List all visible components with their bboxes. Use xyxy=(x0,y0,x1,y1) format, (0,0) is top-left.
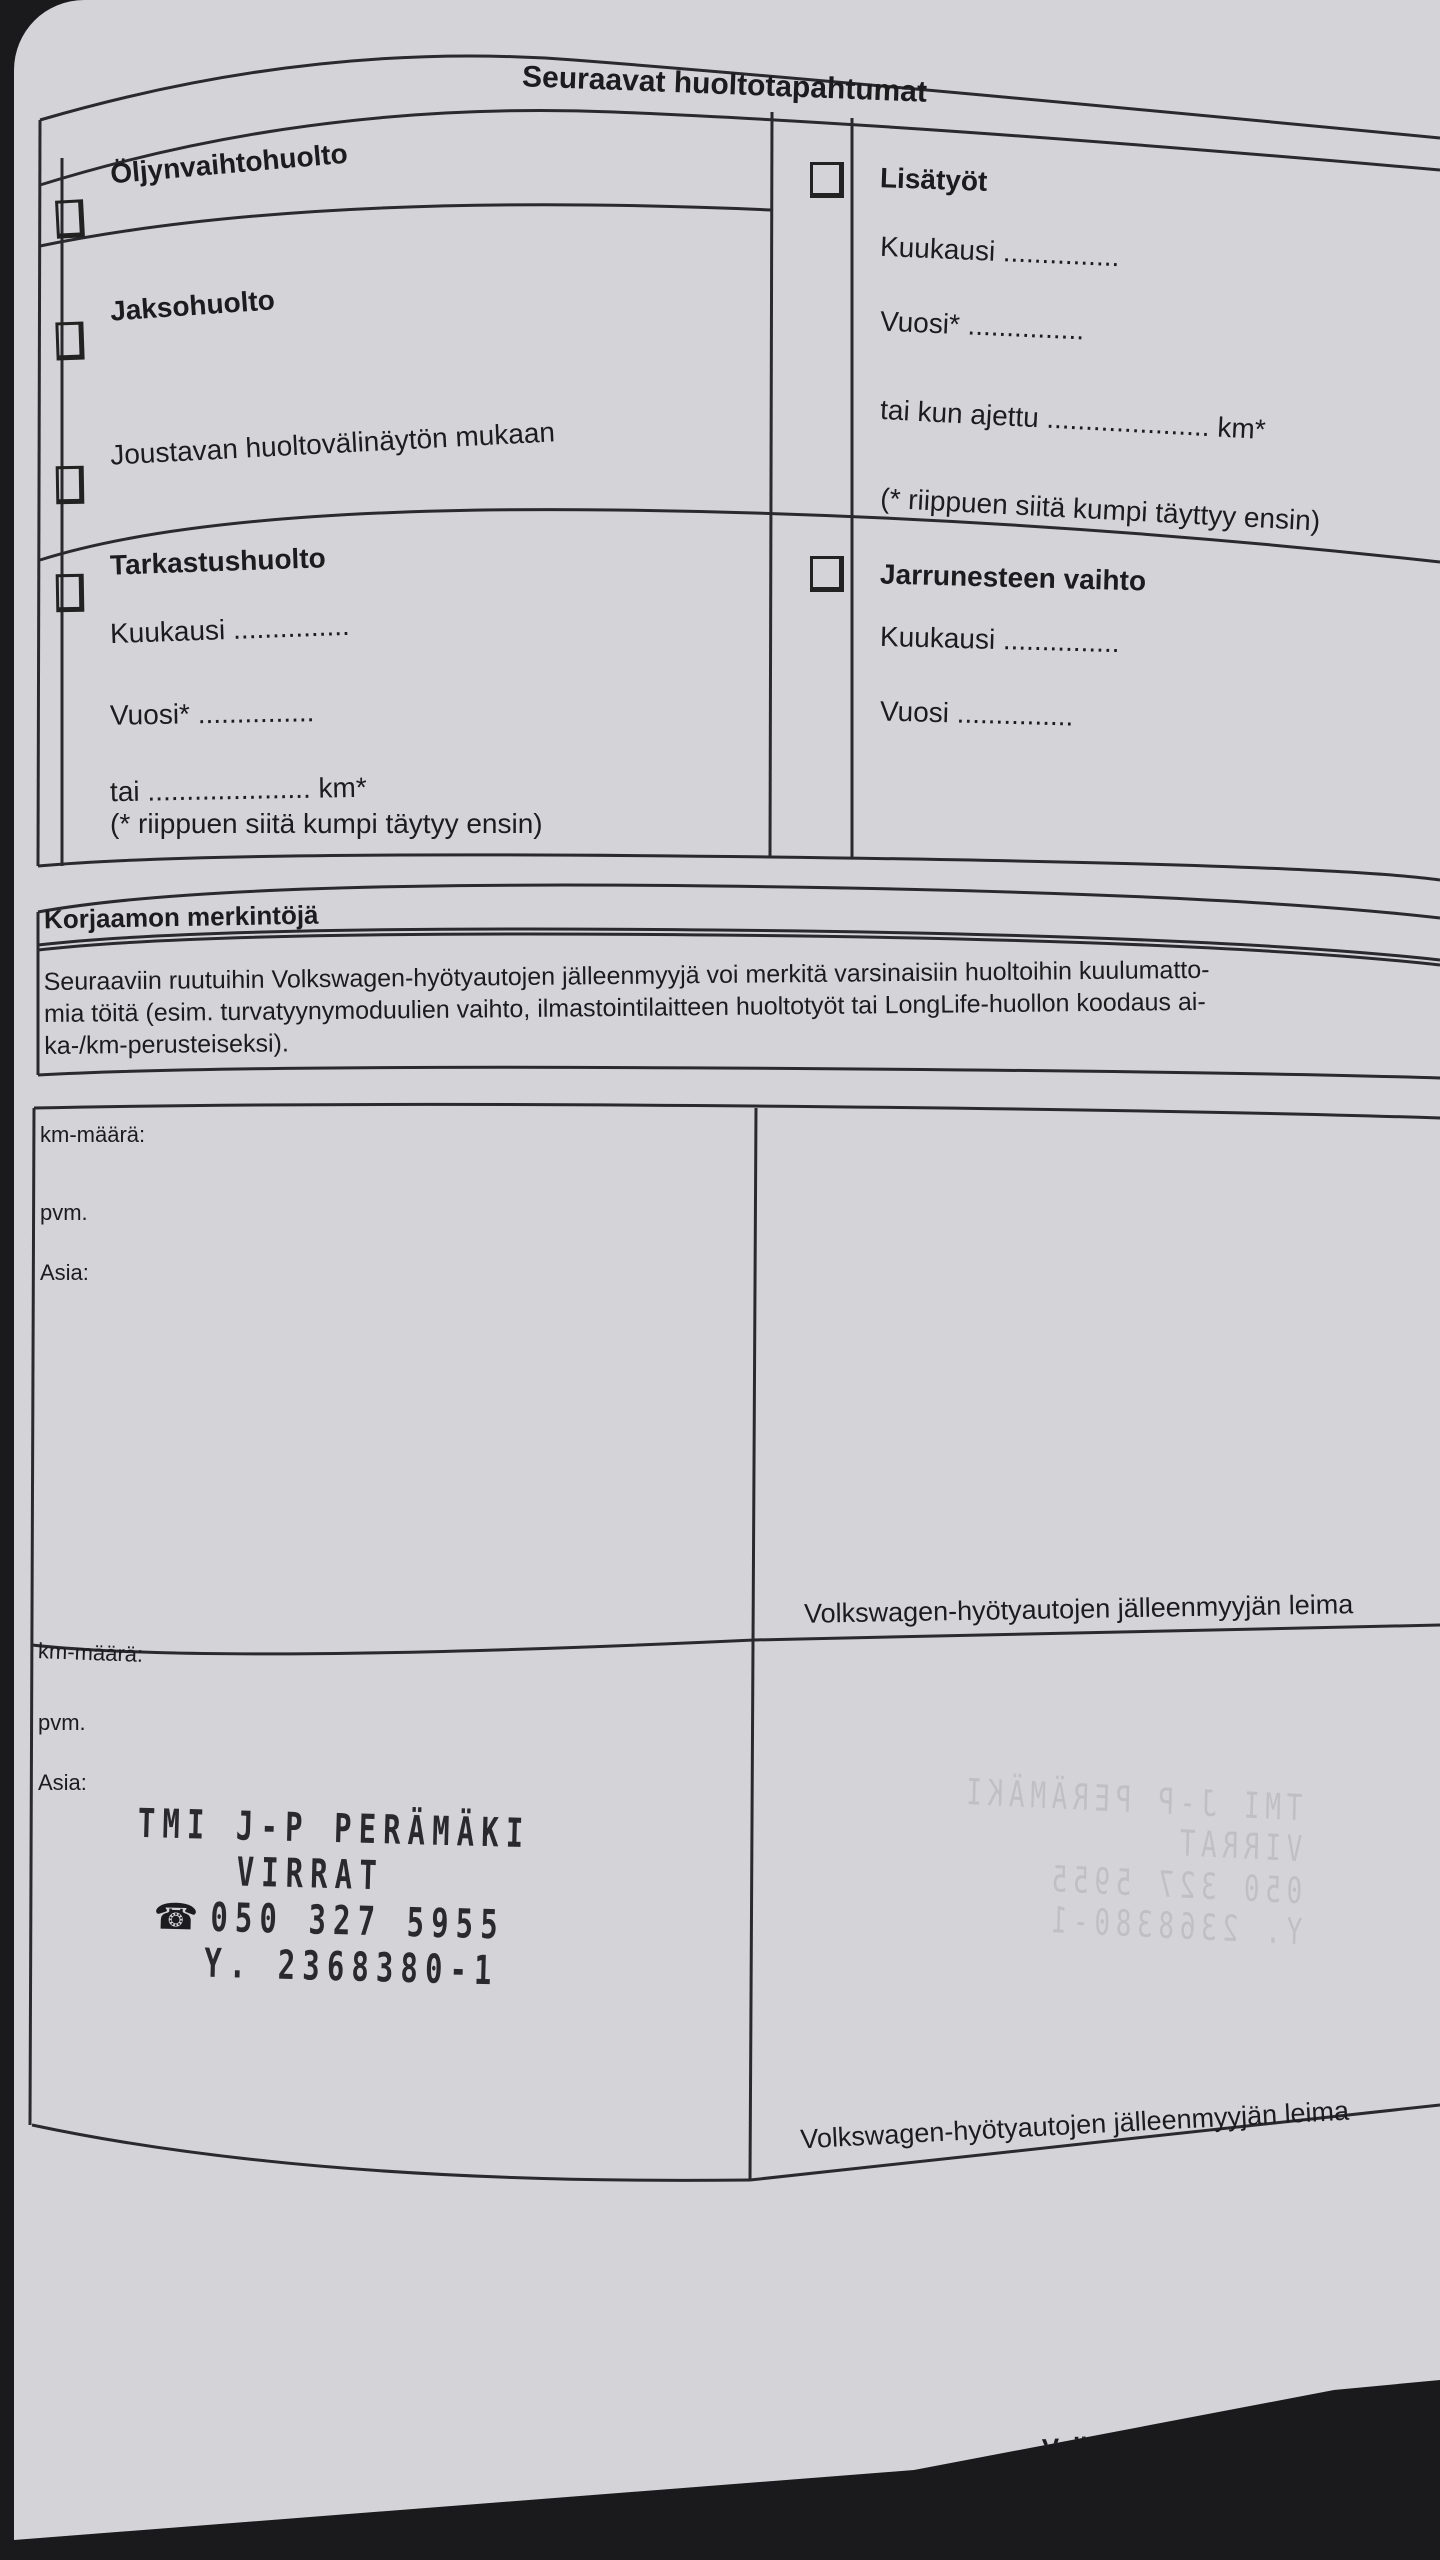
entry-1-date-label: pvm. xyxy=(40,1200,88,1226)
brake-fluid-checkbox[interactable] xyxy=(810,556,844,592)
brake-fluid-year-field[interactable]: Vuosi ............... xyxy=(880,695,1074,732)
telephone-icon: ☎ xyxy=(153,1895,199,1938)
inspection-year-field[interactable]: Vuosi* ............... xyxy=(110,696,315,732)
extra-work-title: Lisätyöt xyxy=(879,162,987,198)
flexible-service-checkbox[interactable] xyxy=(56,466,85,504)
inspection-checkbox[interactable] xyxy=(56,574,85,612)
bleed-through-stamp: TMI J-P PERÄMÄKI VIRRAT 050 327 5955 Y. … xyxy=(894,1780,1369,1946)
workshop-notes-title: Korjaamon merkintöjä xyxy=(44,900,319,936)
entry-2-subject-label: Asia: xyxy=(38,1770,87,1796)
stamp-phone: 050 327 5955 xyxy=(210,1895,506,1949)
stamp-business-id: Y. 2368380-1 xyxy=(204,1941,547,1996)
inspection-note: (* riippuen siitä kumpi täytyy ensin) xyxy=(110,808,543,840)
entry-2-km-label: km-määrä: xyxy=(38,1638,144,1668)
interval-service-checkbox[interactable] xyxy=(55,322,84,361)
oil-change-checkbox[interactable] xyxy=(55,199,85,238)
document-page: Seuraavat huoltotapahtumat Öljynvaihtohu… xyxy=(14,0,1440,2540)
entry-1-subject-label: Asia: xyxy=(40,1260,89,1286)
stamp-line-2: VIRRAT xyxy=(236,1849,558,1903)
form-frame xyxy=(14,0,1440,2540)
entry-2-date-label: pvm. xyxy=(38,1710,86,1736)
workshop-notes-description: Seuraaviin ruutuihin Volkswagen-hyötyaut… xyxy=(43,951,1440,1062)
entry-1-km-label: km-määrä: xyxy=(40,1122,145,1148)
extra-work-checkbox[interactable] xyxy=(810,162,844,198)
dealer-stamp: TMI J-P PERÄMÄKI VIRRAT ☎ 050 327 5955 Y… xyxy=(134,1801,684,1999)
brake-fluid-month-field[interactable]: Kuukausi ............... xyxy=(880,621,1120,659)
stamp-line-1: TMI J-P PERÄMÄKI xyxy=(137,1801,531,1857)
inspection-km-field[interactable]: tai ..................... km* xyxy=(110,772,367,808)
page-number: 49 xyxy=(1354,2410,1381,2438)
